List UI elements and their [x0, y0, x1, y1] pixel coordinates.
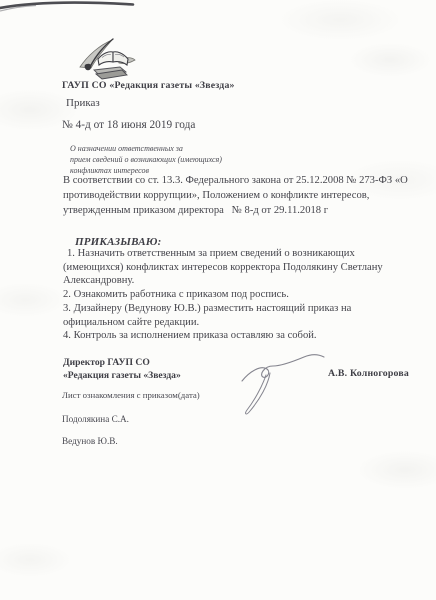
signer-position: Директор ГАУП СО «Редакция газеты «Звезд…	[63, 357, 181, 382]
order-item-line: 2. Ознакомить работника с приказом под р…	[63, 288, 383, 302]
order-preamble: В соответствии со ст. 13.3. Федерального…	[63, 174, 408, 218]
signer-name: А.В. Колногорова	[328, 368, 409, 379]
acknowledgement-title: Лист ознакомления с приказом(дата)	[62, 390, 200, 400]
book-and-quill-logo-icon	[78, 37, 136, 81]
order-item-line: Александровну.	[63, 274, 383, 288]
acknowledgement-name: Ведунов Ю.В.	[62, 436, 118, 446]
order-item-line: 1. Назначить ответственным за прием свед…	[63, 247, 383, 261]
order-item-line: официальном сайте редакции.	[63, 316, 383, 330]
order-item-line: 4. Контроль за исполнением приказа остав…	[63, 329, 383, 343]
order-item-line: (имеющихся) конфликтах интересов коррект…	[63, 261, 383, 275]
order-subject: О назначении ответственных за прием свед…	[70, 143, 222, 176]
subject-line: прием сведений о возникающих (имеющихся)	[70, 154, 222, 165]
preamble-line: противодействии коррупции», Положением о…	[63, 189, 408, 204]
acknowledgement-name: Подолякина С.А.	[62, 414, 129, 424]
handwritten-signature	[236, 349, 328, 415]
scanned-order-document: ГАУП СО «Редакция газеты «Звезда» Приказ…	[0, 0, 436, 600]
document-type: Приказ	[66, 97, 100, 109]
signer-position-line: Директор ГАУП СО	[63, 357, 181, 370]
signer-position-line: «Редакция газеты «Звезда»	[63, 370, 181, 383]
order-number-and-date: № 4-д от 18 июня 2019 года	[62, 119, 195, 131]
scan-edge-artifact	[0, 0, 160, 14]
order-item-line: 3. Дизайнеру (Ведунову Ю.В.) разместить …	[63, 302, 383, 316]
subject-line: О назначении ответственных за	[70, 143, 222, 154]
preamble-line: утвержденным приказом директора № 8-д от…	[63, 204, 408, 219]
preamble-line: В соответствии со ст. 13.3. Федерального…	[63, 174, 408, 189]
order-items: 1. Назначить ответственным за прием свед…	[63, 247, 383, 343]
organization-name: ГАУП СО «Редакция газеты «Звезда»	[62, 80, 235, 91]
